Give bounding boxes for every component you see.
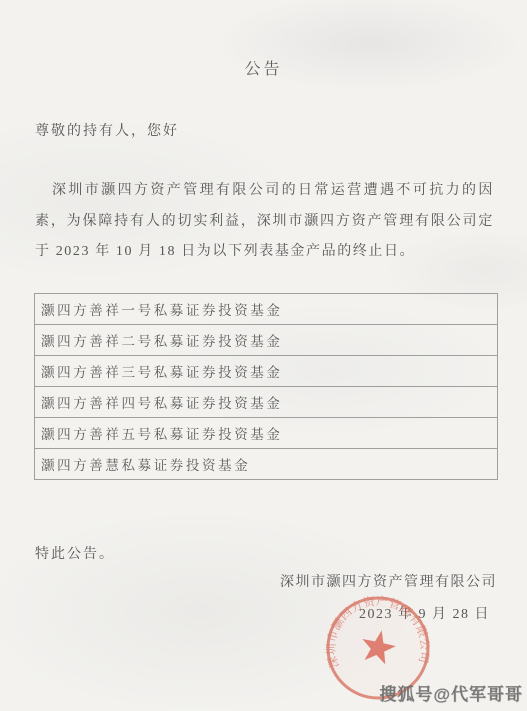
table-row: 灏四方善祥五号私募证券投资基金 [35, 418, 498, 449]
table-row: 灏四方善祥二号私募证券投资基金 [35, 325, 498, 356]
table-row: 灏四方善祥一号私募证券投资基金 [35, 294, 498, 325]
closing-statement: 特此公告。 [35, 543, 115, 563]
announcement-document: 公告 尊敬的持有人，您好 深圳市灏四方资产管理有限公司的日常运营遭遇不可抗力的因… [0, 0, 527, 711]
table-row: 灏四方善慧私募证券投资基金 [35, 449, 498, 480]
greeting-line: 尊敬的持有人，您好 [35, 120, 179, 140]
fund-name-cell: 灏四方善慧私募证券投资基金 [35, 449, 498, 480]
fund-name-cell: 灏四方善祥五号私募证券投资基金 [35, 418, 498, 449]
fund-name-cell: 灏四方善祥二号私募证券投资基金 [35, 325, 498, 356]
body-paragraph: 深圳市灏四方资产管理有限公司的日常运营遭遇不可抗力的因素，为保障持有人的切实利益… [35, 176, 494, 268]
fund-name-cell: 灏四方善祥三号私募证券投资基金 [35, 356, 498, 387]
fund-name-cell: 灏四方善祥一号私募证券投资基金 [35, 294, 498, 325]
fund-name-cell: 灏四方善祥四号私募证券投资基金 [35, 387, 498, 418]
watermark-text: 搜狐号@代军哥哥 [379, 680, 523, 705]
company-signature: 深圳市灏四方资产管理有限公司 [280, 571, 497, 591]
table-row: 灏四方善祥三号私募证券投资基金 [35, 356, 498, 387]
table-row: 灏四方善祥四号私募证券投资基金 [35, 387, 498, 418]
document-title: 公告 [0, 56, 527, 79]
fund-table: 灏四方善祥一号私募证券投资基金 灏四方善祥二号私募证券投资基金 灏四方善祥三号私… [34, 293, 498, 480]
